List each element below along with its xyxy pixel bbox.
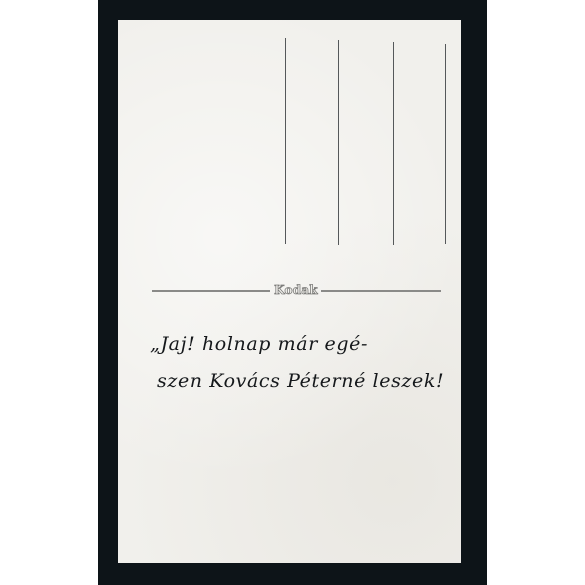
kodak-brand-mark: Kodak — [272, 283, 320, 297]
handwritten-note-line-2: szen Kovács Péterné leszek! — [157, 370, 444, 392]
stamp-divider-line-4 — [445, 44, 446, 244]
divider-line-right — [321, 290, 441, 292]
stamp-divider-line-2 — [338, 40, 339, 245]
stamp-divider-line-3 — [393, 42, 394, 245]
divider-line-left — [152, 290, 270, 292]
handwritten-note-line-1: „Jaj! holnap már egé- — [150, 333, 368, 355]
stamp-divider-line-1 — [285, 38, 286, 244]
